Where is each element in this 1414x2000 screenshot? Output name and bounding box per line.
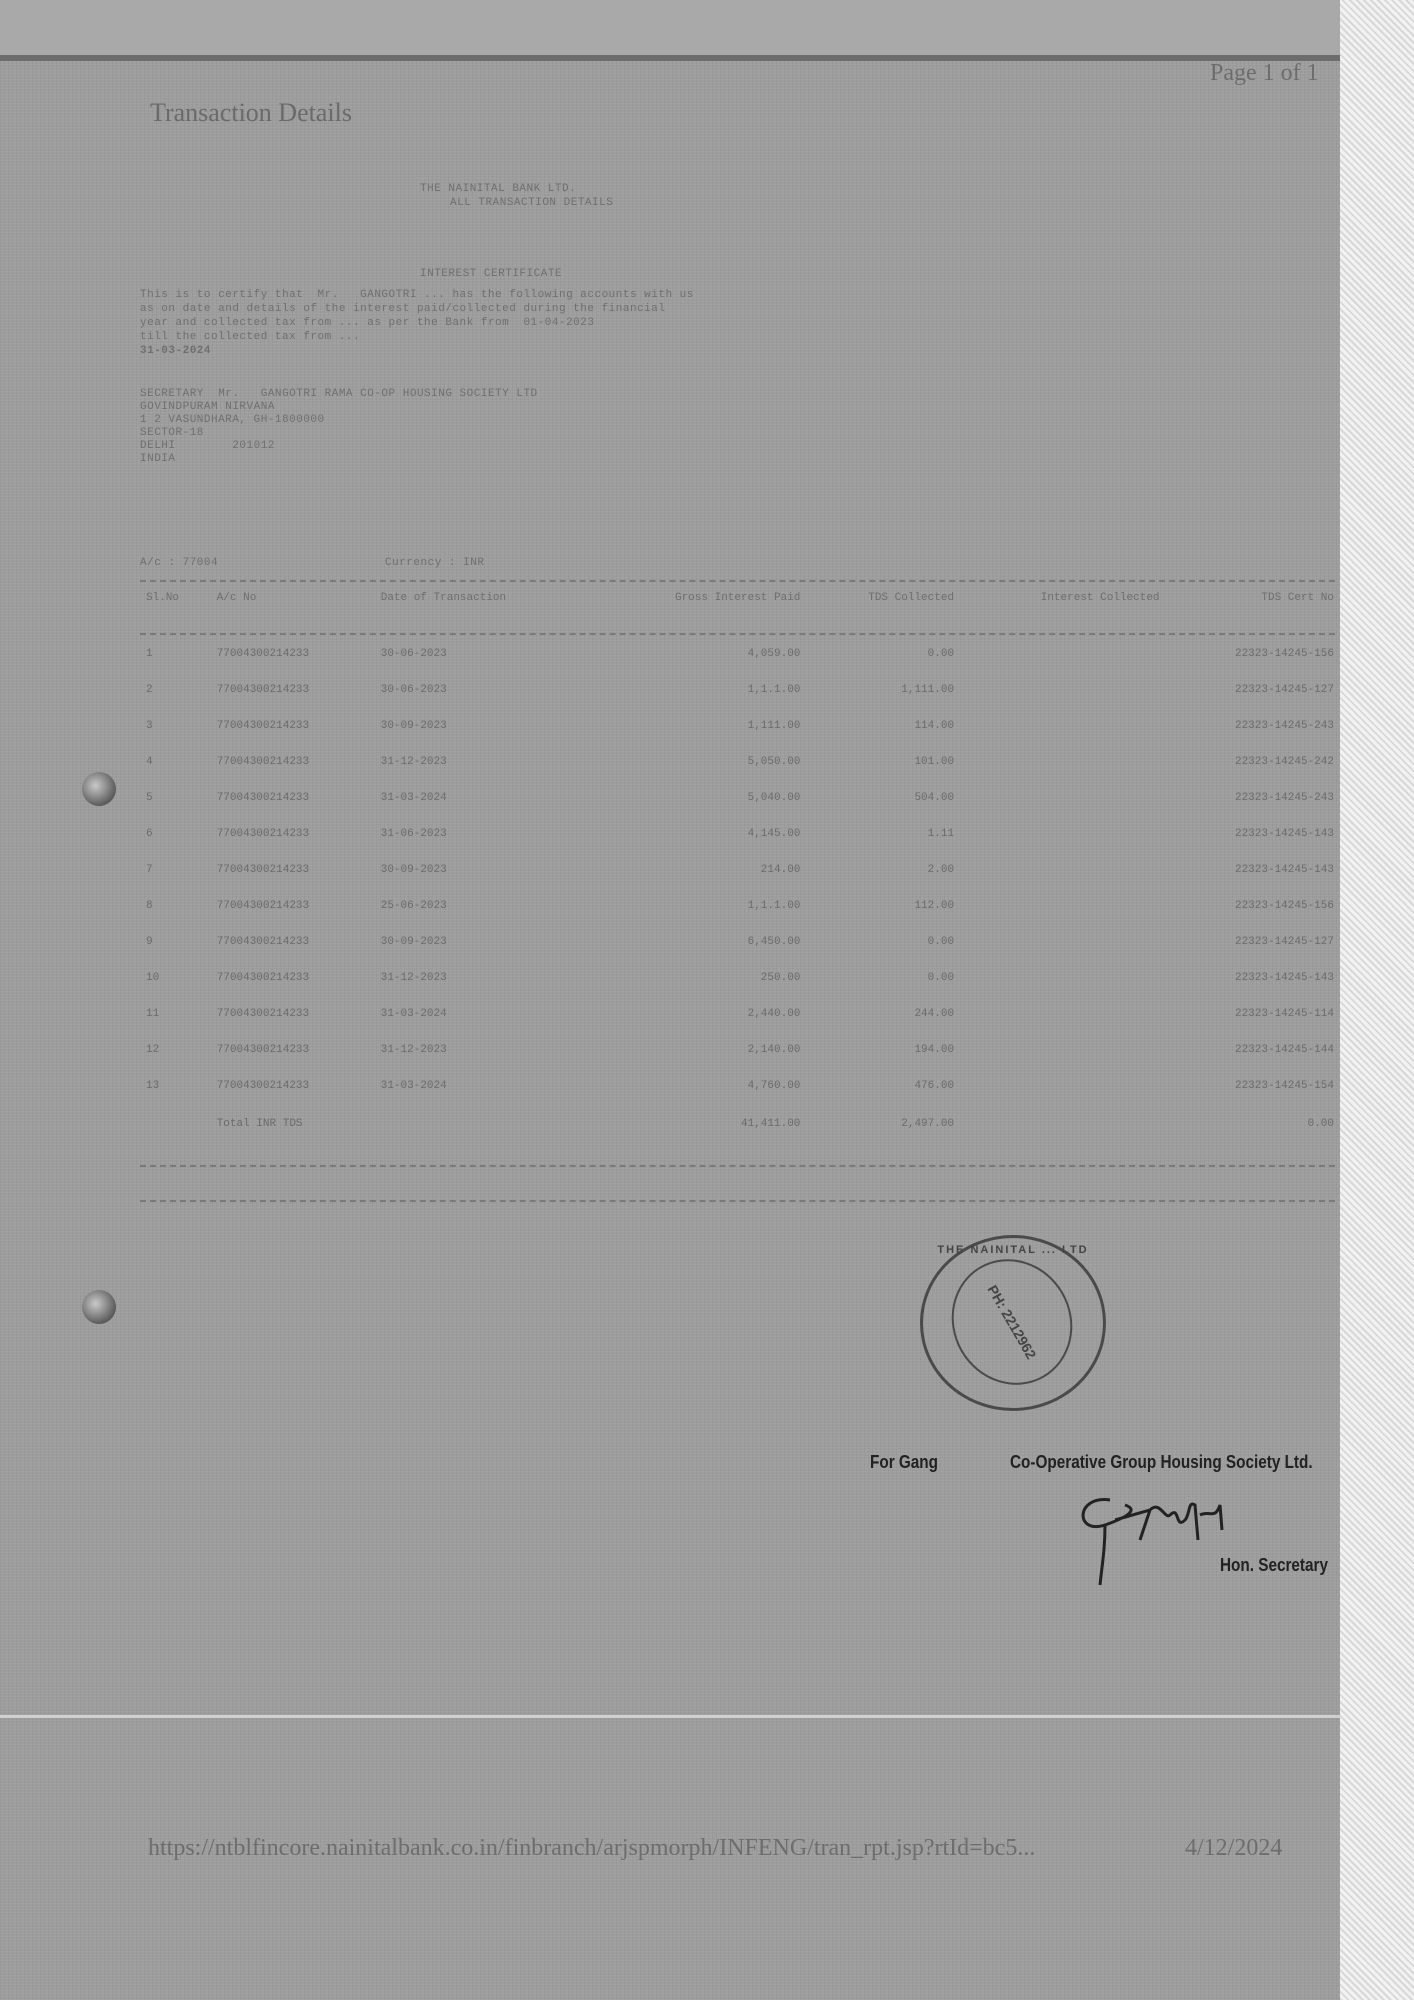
table-cell: 6 — [140, 816, 211, 852]
total-cell: Total INR TDS — [211, 1104, 375, 1144]
table-cell — [960, 744, 1165, 780]
column-header: TDS Collected — [806, 590, 960, 636]
table-total-rule — [140, 1165, 1335, 1167]
document-title: Transaction Details — [150, 98, 352, 128]
table-cell: 22323-14245-114 — [1166, 996, 1340, 1032]
table-cell: 77004300214233 — [211, 888, 375, 924]
total-cell: 0.00 — [1166, 1104, 1340, 1144]
table-cell: 1 — [140, 636, 211, 672]
table-cell: 22323-14245-156 — [1166, 636, 1340, 672]
address-line: SECRETARY Mr. GANGOTRI RAMA CO-OP HOUSIN… — [140, 388, 538, 400]
table-cell: 6,450.00 — [591, 924, 807, 960]
table-cell: 2,440.00 — [591, 996, 807, 1032]
table-row: 17700430021423330-06-20234,059.000.00223… — [140, 636, 1340, 672]
signatory-role: Hon. Secretary — [1220, 1555, 1328, 1576]
address-line: SECTOR-18 — [140, 427, 204, 439]
transaction-table: Sl.NoA/c NoDate of TransactionGross Inte… — [140, 590, 1340, 1144]
punch-hole — [82, 772, 116, 806]
table-row: 107700430021423331-12-2023250.000.002232… — [140, 960, 1340, 996]
print-date: 4/12/2024 — [1185, 1835, 1282, 1862]
table-cell: 5 — [140, 780, 211, 816]
table-cell: 22323-14245-127 — [1166, 672, 1340, 708]
table-cell: 77004300214233 — [211, 672, 375, 708]
table-cell — [960, 852, 1165, 888]
column-header: Gross Interest Paid — [591, 590, 807, 636]
table-cell: 11 — [140, 996, 211, 1032]
table-cell — [960, 924, 1165, 960]
table-cell — [960, 636, 1165, 672]
table-cell: 194.00 — [806, 1032, 960, 1068]
table-cell: 22323-14245-156 — [1166, 888, 1340, 924]
table-cell: 2 — [140, 672, 211, 708]
table-cell — [960, 672, 1165, 708]
column-header: Date of Transaction — [375, 590, 591, 636]
table-cell — [960, 780, 1165, 816]
table-cell: 22323-14245-242 — [1166, 744, 1340, 780]
table-cell: 101.00 — [806, 744, 960, 780]
address-line: 1 2 VASUNDHARA, GH-1800000 — [140, 414, 325, 426]
address-line: GOVINDPURAM NIRVANA — [140, 401, 275, 413]
table-cell — [960, 1068, 1165, 1104]
column-header: A/c No — [211, 590, 375, 636]
table-cell: 25-06-2023 — [375, 888, 591, 924]
table-row: 137700430021423331-03-20244,760.00476.00… — [140, 1068, 1340, 1104]
table-cell: 31-03-2024 — [375, 1068, 591, 1104]
table-cell: 10 — [140, 960, 211, 996]
table-row: 67700430021423331-06-20234,145.001.11223… — [140, 816, 1340, 852]
table-cell: 77004300214233 — [211, 636, 375, 672]
total-cell — [960, 1104, 1165, 1144]
table-cell: 22323-14245-127 — [1166, 924, 1340, 960]
table-cell: 31-03-2024 — [375, 996, 591, 1032]
table-row: 87700430021423325-06-20231,1.1.00112.002… — [140, 888, 1340, 924]
table-cell: 4,760.00 — [591, 1068, 807, 1104]
stamp-inner-text: PH: 2212962 — [929, 1237, 1095, 1407]
table-cell: 8 — [140, 888, 211, 924]
table-cell: 77004300214233 — [211, 960, 375, 996]
address-line: DELHI 201012 — [140, 440, 275, 452]
certificate-heading: INTEREST CERTIFICATE — [420, 268, 562, 280]
table-cell: 22323-14245-144 — [1166, 1032, 1340, 1068]
table-cell: 31-12-2023 — [375, 960, 591, 996]
table-cell: 77004300214233 — [211, 1068, 375, 1104]
table-cell: 250.00 — [591, 960, 807, 996]
table-cell — [960, 996, 1165, 1032]
table-cell: 4 — [140, 744, 211, 780]
table-row: 77700430021423330-09-2023214.002.0022323… — [140, 852, 1340, 888]
signature-for-label: For Gang — [870, 1452, 938, 1473]
certificate-body-line: as on date and details of the interest p… — [140, 303, 665, 315]
table-bottom-rule — [140, 1200, 1335, 1202]
table-top-rule — [140, 580, 1335, 582]
table-cell: 7 — [140, 852, 211, 888]
table-cell: 30-06-2023 — [375, 672, 591, 708]
certificate-body-line: year and collected tax from ... as per t… — [140, 317, 594, 329]
certificate-date: 31-03-2024 — [140, 345, 211, 357]
table-cell: 5,050.00 — [591, 744, 807, 780]
table-cell: 1,1.1.00 — [591, 888, 807, 924]
table-cell: 2.00 — [806, 852, 960, 888]
address-line: INDIA — [140, 453, 176, 465]
table-row: 117700430021423331-03-20242,440.00244.00… — [140, 996, 1340, 1032]
table-row: 37700430021423330-09-20231,111.00114.002… — [140, 708, 1340, 744]
table-cell: 1.11 — [806, 816, 960, 852]
table-cell: 77004300214233 — [211, 816, 375, 852]
table-cell: 0.00 — [806, 960, 960, 996]
table-row: 127700430021423331-12-20232,140.00194.00… — [140, 1032, 1340, 1068]
stamp-ring-text: THE NAINITAL ... LTD — [923, 1244, 1103, 1256]
table-cell: 13 — [140, 1068, 211, 1104]
table-cell: 0.00 — [806, 636, 960, 672]
total-cell — [375, 1104, 591, 1144]
table-cell: 12 — [140, 1032, 211, 1068]
table-cell — [960, 1032, 1165, 1068]
total-cell: 41,411.00 — [591, 1104, 807, 1144]
table-cell: 9 — [140, 924, 211, 960]
table-cell — [960, 708, 1165, 744]
punch-hole — [82, 1290, 116, 1324]
certificate-body-line: till the collected tax from ... — [140, 331, 360, 343]
table-row: 47700430021423331-12-20235,050.00101.002… — [140, 744, 1340, 780]
table-cell: 22323-14245-143 — [1166, 960, 1340, 996]
table-cell: 77004300214233 — [211, 996, 375, 1032]
column-header: Sl.No — [140, 590, 211, 636]
table-cell: 77004300214233 — [211, 924, 375, 960]
table-row: 27700430021423330-06-20231,1.1.001,111.0… — [140, 672, 1340, 708]
scan-edge — [1340, 0, 1414, 2000]
table-cell: 77004300214233 — [211, 852, 375, 888]
bank-stamp: THE NAINITAL ... LTD PH: 2212962 — [920, 1235, 1106, 1411]
table-cell: 214.00 — [591, 852, 807, 888]
table-cell: 77004300214233 — [211, 780, 375, 816]
table-cell: 22323-14245-243 — [1166, 780, 1340, 816]
bank-name: THE NAINITAL BANK LTD. — [420, 183, 576, 195]
table-cell: 1,111.00 — [591, 708, 807, 744]
table-cell: 31-03-2024 — [375, 780, 591, 816]
table-cell: 2,140.00 — [591, 1032, 807, 1068]
table-cell: 22323-14245-243 — [1166, 708, 1340, 744]
certificate-body-line: This is to certify that Mr. GANGOTRI ...… — [140, 289, 694, 301]
table-cell: 1,111.00 — [806, 672, 960, 708]
table-cell: 1,1.1.00 — [591, 672, 807, 708]
scan-fold-line — [0, 1715, 1340, 1718]
table-row: 57700430021423331-03-20245,040.00504.002… — [140, 780, 1340, 816]
table-cell: 0.00 — [806, 924, 960, 960]
table-cell: 22323-14245-154 — [1166, 1068, 1340, 1104]
table-cell: 22323-14245-143 — [1166, 816, 1340, 852]
table-cell: 30-09-2023 — [375, 708, 591, 744]
table-cell: 77004300214233 — [211, 744, 375, 780]
total-cell: 2,497.00 — [806, 1104, 960, 1144]
table-cell: 22323-14245-143 — [1166, 852, 1340, 888]
total-cell — [140, 1104, 211, 1144]
table-cell: 30-06-2023 — [375, 636, 591, 672]
account-label: A/c : 77004 — [140, 557, 218, 569]
table-cell: 31-12-2023 — [375, 1032, 591, 1068]
column-header: Interest Collected — [960, 590, 1165, 636]
table-cell: 114.00 — [806, 708, 960, 744]
table-cell — [960, 960, 1165, 996]
table-cell — [960, 816, 1165, 852]
page-number: Page 1 of 1 — [1210, 60, 1319, 87]
bank-subtitle: ALL TRANSACTION DETAILS — [450, 197, 613, 209]
table-cell: 30-09-2023 — [375, 924, 591, 960]
table-cell: 30-09-2023 — [375, 852, 591, 888]
table-row: 97700430021423330-09-20236,450.000.00223… — [140, 924, 1340, 960]
table-cell: 31-12-2023 — [375, 744, 591, 780]
table-cell — [960, 888, 1165, 924]
table-cell: 244.00 — [806, 996, 960, 1032]
table-cell: 4,145.00 — [591, 816, 807, 852]
table-cell: 77004300214233 — [211, 708, 375, 744]
table-cell: 5,040.00 — [591, 780, 807, 816]
table-cell: 112.00 — [806, 888, 960, 924]
table-cell: 4,059.00 — [591, 636, 807, 672]
table-cell: 77004300214233 — [211, 1032, 375, 1068]
table-total-row: Total INR TDS41,411.002,497.000.00 — [140, 1104, 1340, 1144]
table-cell: 31-06-2023 — [375, 816, 591, 852]
table-cell: 3 — [140, 708, 211, 744]
table-cell: 504.00 — [806, 780, 960, 816]
column-header: TDS Cert No — [1166, 590, 1340, 636]
currency-label: Currency : INR — [385, 557, 484, 569]
source-url: https://ntblfincore.nainitalbank.co.in/f… — [148, 1835, 1035, 1862]
table-cell: 476.00 — [806, 1068, 960, 1104]
